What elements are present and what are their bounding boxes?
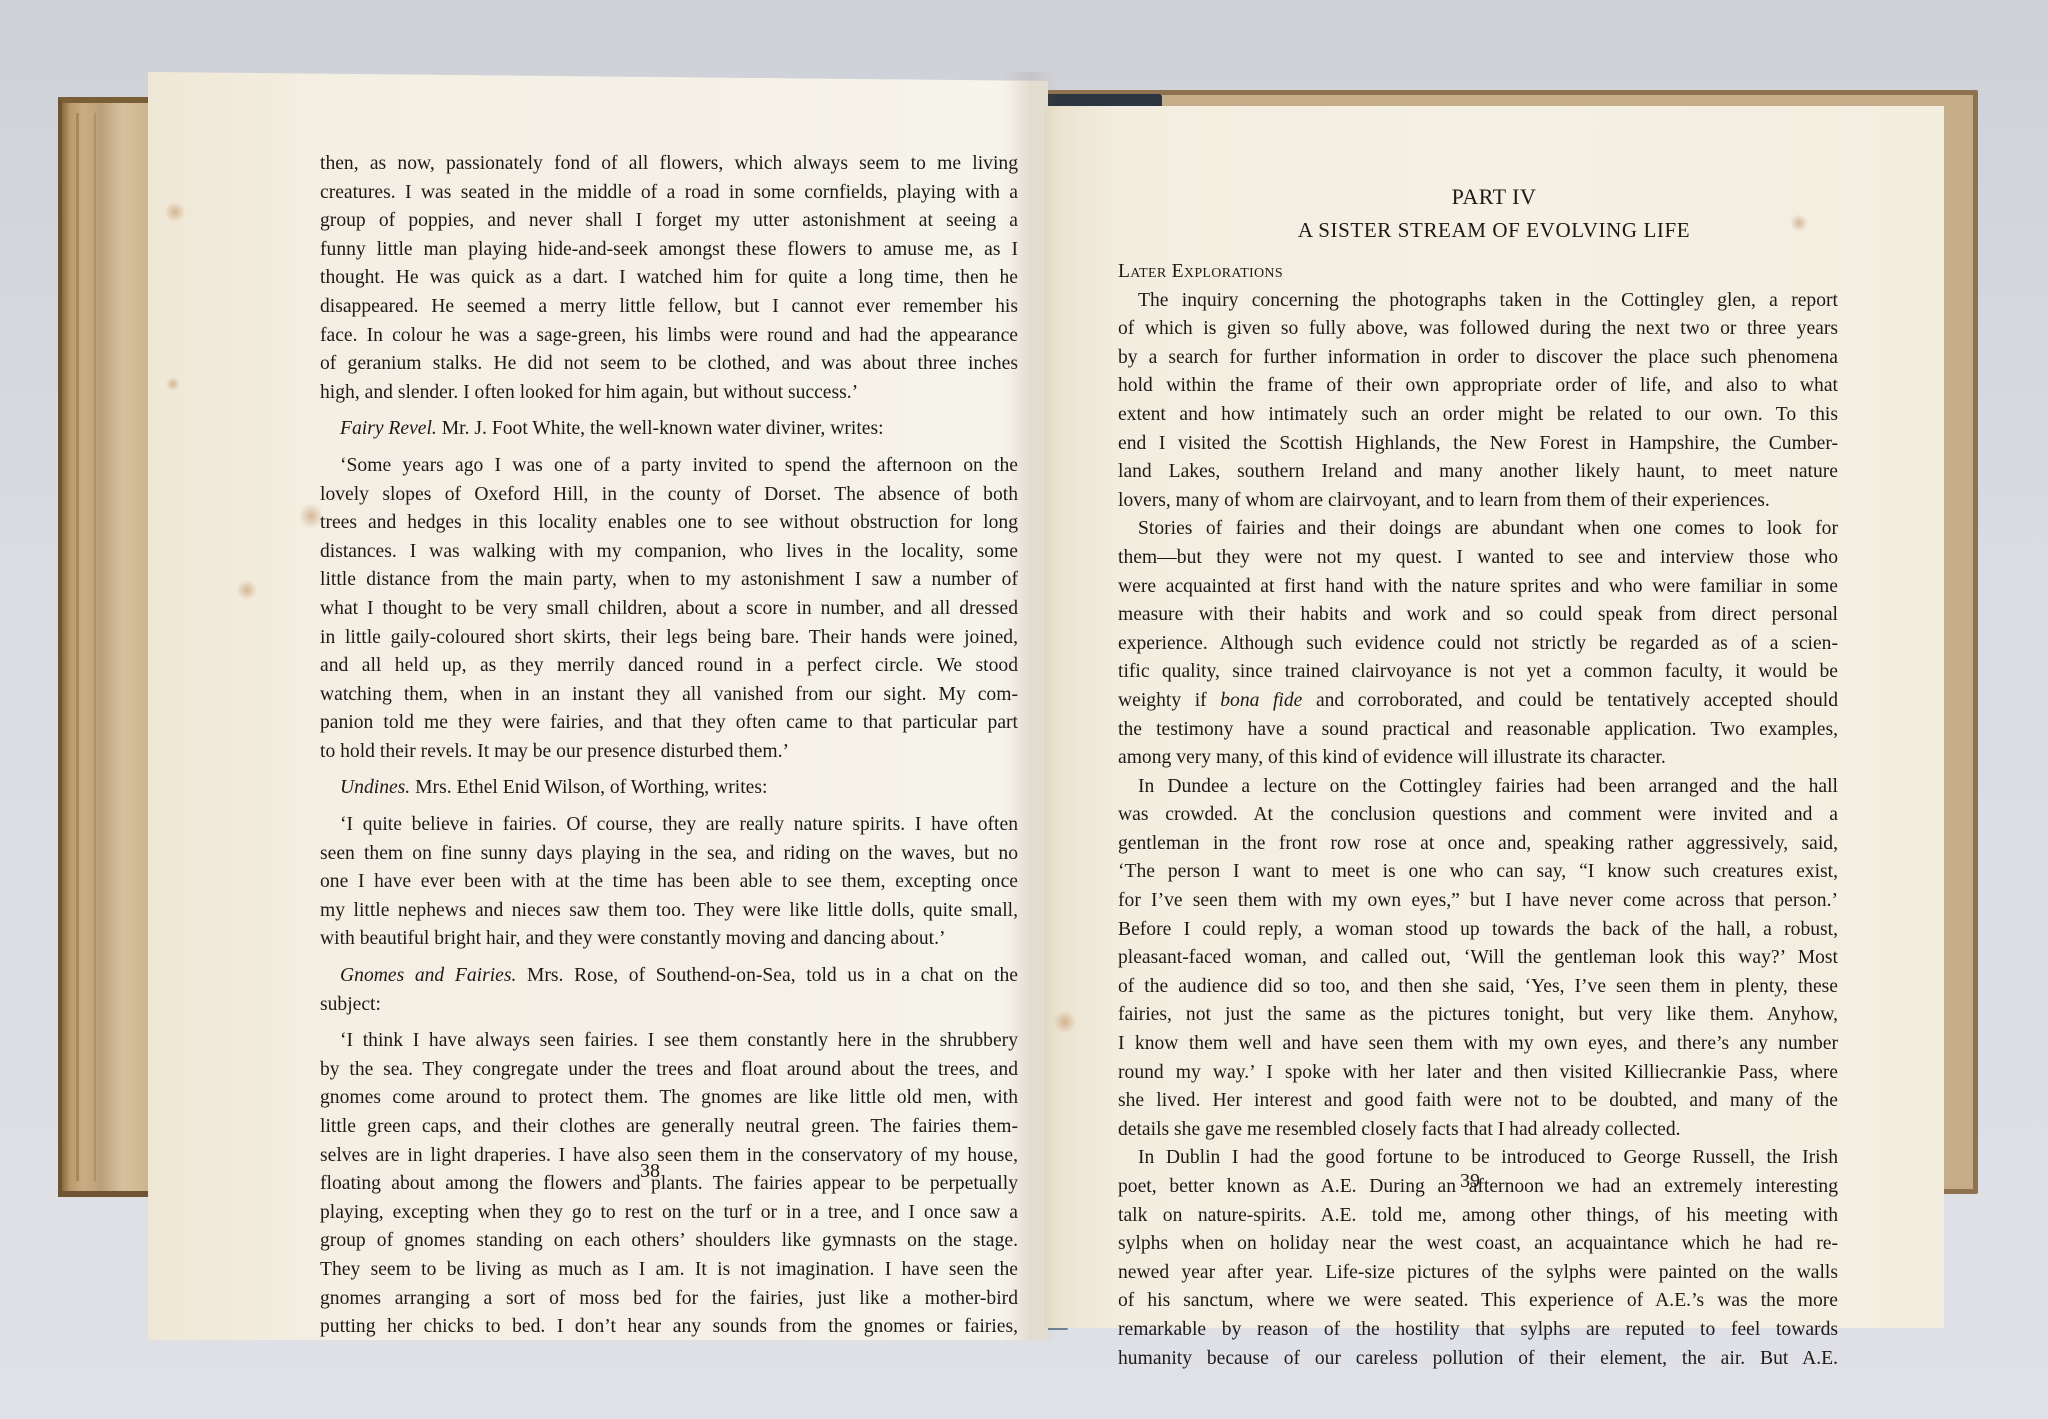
text-line: In Dundee a lecture on the Cottingley fa… [1118,773,1838,802]
text-line: group of gnomes standing on each others’… [320,1227,1018,1256]
undines-heading: Undines. Mrs. Ethel Enid Wilson, of Wort… [320,774,1018,803]
text-line: remarkable by reason of the hostility th… [1118,1316,1838,1345]
text-line: measure with their habits and work and s… [1118,601,1838,630]
right-page: PART IV A SISTER STREAM OF EVOLVING LIFE… [1044,106,1944,1328]
text-line: gnomes come around to protect them. The … [320,1084,1018,1113]
text-line: seen them on fine sunny days playing in … [320,840,1018,869]
text-line: ‘The person I want to meet is one who ca… [1118,858,1838,887]
text-line: group of poppies, and never shall I forg… [320,207,1018,236]
foxing-spot [166,377,180,391]
text-line: ‘Some years ago I was one of a party inv… [320,452,1018,481]
text-line: creatures. I was seated in the middle of… [320,179,1018,208]
part-title: PART IV [1044,184,1944,210]
text-line: by the sea. They congregate under the tr… [320,1056,1018,1085]
text-line: They seem to be living as much as I am. … [320,1256,1018,1285]
text-line: ‘I quite believe in fairies. Of course, … [320,811,1018,840]
chapter-title: A SISTER STREAM OF EVOLVING LIFE [1044,218,1944,243]
text-line: and all held up, as they merrily danced … [320,652,1018,681]
page-number-right: 39 [1440,1170,1500,1193]
text-line: putting her chicks to bed. I don’t hear … [320,1313,1018,1342]
text-line: then, as now, passionately fond of all f… [320,150,1018,179]
text-line: gnomes arranging a sort of moss bed for … [320,1285,1018,1314]
text-line: experience. Although such evidence could… [1118,630,1838,659]
text-line: hold within the frame of their own appro… [1118,372,1838,401]
text-line: sylphs when on holiday near the west coa… [1118,1230,1838,1259]
text-line: she lived. Her interest and good faith w… [1118,1087,1838,1116]
text-line: thought. He was quick as a dart. I watch… [320,264,1018,293]
text-line: funny little man playing hide-and-seek a… [320,236,1018,265]
text-line: among very many, of this kind of evidenc… [1118,744,1838,773]
text-line: ‘I think I have always seen fairies. I s… [320,1027,1018,1056]
text-fragment: weighty if [1118,690,1220,711]
text-line: lovely slopes of Oxeford Hill, in the co… [320,481,1018,510]
text-line: newed year after year. Life-size picture… [1118,1259,1838,1288]
text-line: humanity because of our careless polluti… [1118,1345,1838,1374]
text-line: Stories of fairies and their doings are … [1118,515,1838,544]
text-line: face. In colour he was a sage-green, his… [320,322,1018,351]
text-line: tific quality, since trained clairvoyanc… [1118,658,1838,687]
undines-intro: Mrs. Ethel Enid Wilson, of Worthing, wri… [410,777,767,798]
text-line: end I visited the Scottish Highlands, th… [1118,430,1838,459]
bona-fide-italic: bona fide [1220,690,1302,711]
gnomes-label: Gnomes and Fairies. [340,965,516,986]
text-line: them—but they were not my quest. I wante… [1118,544,1838,573]
text-line: watching them, when in an instant they a… [320,681,1018,710]
gnomes-intro: Mrs. Rose, of Southend-on-Sea, told us i… [516,965,1018,986]
text-line: one I have ever been with at the time ha… [320,868,1018,897]
text-line: for I’ve seen them with my own eyes,” bu… [1118,887,1838,916]
text-line: the testimony have a sound practical and… [1118,716,1838,745]
text-line: with beautiful bright hair, and they wer… [320,925,1018,954]
text-line: were acquainted at first hand with the n… [1118,573,1838,602]
gnomes-heading: Gnomes and Fairies. Mrs. Rose, of Southe… [320,962,1018,991]
text-line: of the audience did so too, and then she… [1118,973,1838,1002]
text-line: details she gave me resembled closely fa… [1118,1116,1838,1145]
text-line: little distance from the main party, whe… [320,566,1018,595]
fairy-revel-heading: Fairy Revel. Mr. J. Foot White, the well… [320,415,1018,444]
text-fragment: and corroborated, and could be tentative… [1302,690,1838,711]
text-line: pleasant-faced woman, and called out, ‘W… [1118,944,1838,973]
text-line: playing, excepting when they go to rest … [320,1199,1018,1228]
foxing-spot [236,580,258,600]
left-page-body: then, as now, passionately fond of all f… [320,150,1018,1370]
text-line: extent and how intimately such an order … [1118,401,1838,430]
text-line: disappeared. He seemed a merry little fe… [320,293,1018,322]
fairy-revel-intro: Mr. J. Foot White, the well-known water … [437,418,884,439]
text-line: what I thought to be very small children… [320,595,1018,624]
text-line: subject: [320,991,1018,1020]
left-page: then, as now, passionately fond of all f… [148,72,1048,1340]
text-line: Before I could reply, a woman stood up t… [1118,916,1838,945]
text-line: by a search for further information in o… [1118,344,1838,373]
text-line: distances. I was walking with my compani… [320,538,1018,567]
text-line: round my way.’ I spoke with her later an… [1118,1059,1838,1088]
text-line: to hold their revels. It may be our pres… [320,738,1018,767]
text-line: in little gaily-coloured short skirts, t… [320,624,1018,653]
text-line: In Dublin I had the good fortune to be i… [1118,1144,1838,1173]
right-page-body: Later Explorations The inquiry concernin… [1118,258,1838,1373]
text-line: of geranium stalks. He did not seem to b… [320,350,1018,379]
text-line: fairies, not just the same as the pictur… [1118,1001,1838,1030]
page-number-left: 38 [620,1160,680,1183]
text-line: weighty if bona fide and corroborated, a… [1118,687,1838,716]
text-line: gentleman in the front row rose at once … [1118,830,1838,859]
text-line: talk on nature-spirits. A.E. told me, am… [1118,1202,1838,1231]
text-line: of which is given so fully above, was fo… [1118,315,1838,344]
text-line: trees and hedges in this locality enable… [320,509,1018,538]
fairy-revel-label: Fairy Revel. [340,418,437,439]
undines-label: Undines. [340,777,410,798]
text-line: was crowded. At the conclusion questions… [1118,801,1838,830]
text-line: lovers, many of whom are clairvoyant, an… [1118,487,1838,516]
text-line: my little nephews and nieces saw them to… [320,897,1018,926]
text-line: little green caps, and their clothes are… [320,1113,1018,1142]
text-line: The inquiry concerning the photographs t… [1118,287,1838,316]
text-line: panion told me they were fairies, and th… [320,709,1018,738]
foxing-spot [164,202,186,222]
text-line: land Lakes, southern Ireland and many an… [1118,458,1838,487]
section-heading: Later Explorations [1118,258,1838,287]
text-line: of his sanctum, where we were seated. Th… [1118,1287,1838,1316]
foxing-spot [1054,1010,1076,1034]
text-line: high, and slender. I often looked for hi… [320,379,1018,408]
text-line: I know them well and have seen them with… [1118,1030,1838,1059]
left-cover-board [58,97,148,1197]
